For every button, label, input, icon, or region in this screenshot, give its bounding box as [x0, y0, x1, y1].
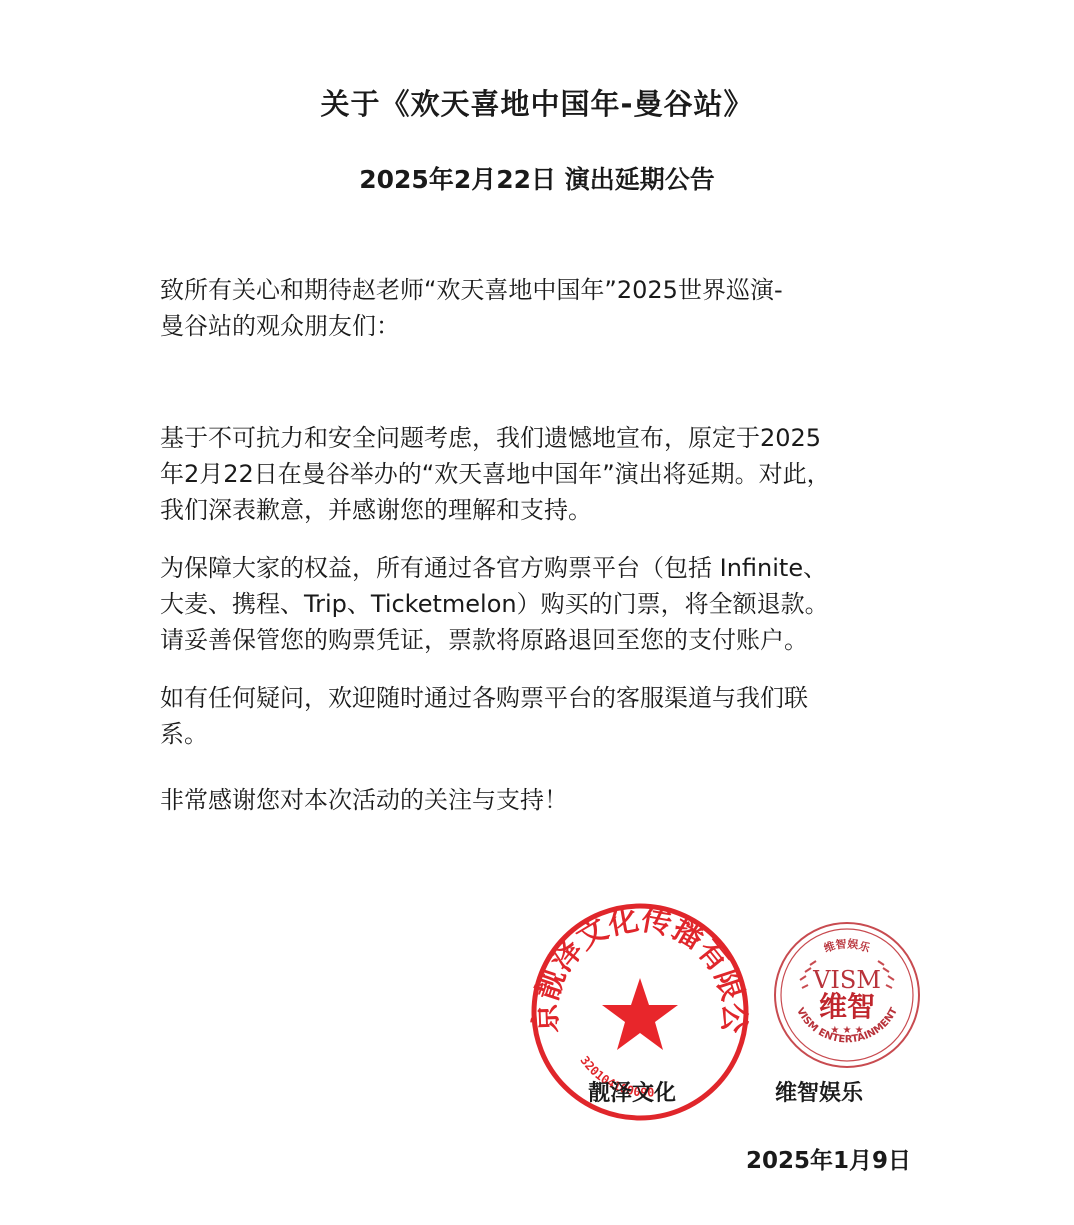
text-line: 如有任何疑问，欢迎随时通过各购票平台的客服渠道与我们联 [160, 680, 920, 716]
refund-paragraph: 为保障大家的权益，所有通过各官方购票平台（包括 Infinite、 大麦、携程、… [160, 550, 920, 658]
text-line: 我们深表歉意，并感谢您的理解和支持。 [160, 492, 920, 528]
contact-paragraph: 如有任何疑问，欢迎随时通过各购票平台的客服渠道与我们联 系。 [160, 680, 920, 752]
text-line: 致所有关心和期待赵老师“欢天喜地中国年”2025世界巡演- [160, 272, 920, 308]
issue-date: 2025年1月9日 [746, 1142, 911, 1175]
text-line: 系。 [160, 716, 920, 752]
seal-name: 维智 [819, 990, 875, 1023]
text-line: 曼谷站的观众朋友们： [160, 308, 920, 344]
text-line: 基于不可抗力和安全问题考虑，我们遗憾地宣布，原定于2025 [160, 420, 920, 456]
signature-label-right: 维智娱乐 [775, 1076, 863, 1107]
text-line: 大麦、携程、Trip、Ticketmelon）购买的门票，将全额退款。 [160, 586, 920, 622]
svg-text:维智娱乐: 维智娱乐 [822, 936, 873, 955]
thanks-paragraph: 非常感谢您对本次活动的关注与支持！ [160, 782, 920, 818]
notice-title: 关于《欢天喜地中国年-曼谷站》 [0, 82, 1074, 123]
text-line: 为保障大家的权益，所有通过各官方购票平台（包括 Infinite、 [160, 550, 920, 586]
text-line: 年2月22日在曼谷举办的“欢天喜地中国年”演出将延期。对此， [160, 456, 920, 492]
text-line: 非常感谢您对本次活动的关注与支持！ [160, 782, 920, 818]
greeting-paragraph: 致所有关心和期待赵老师“欢天喜地中国年”2025世界巡演- 曼谷站的观众朋友们： [160, 272, 920, 344]
postponement-paragraph: 基于不可抗力和安全问题考虑，我们遗憾地宣布，原定于2025 年2月22日在曼谷举… [160, 420, 920, 528]
notice-subtitle: 2025年2月22日 演出延期公告 [0, 160, 1074, 196]
star-icon [602, 978, 678, 1050]
signature-label-left: 靓泽文化 [588, 1076, 676, 1107]
text-line: 请妥善保管您的购票凭证，票款将原路退回至您的支付账户。 [160, 622, 920, 658]
vism-seal-icon: 维智娱乐 VISM 维智 ★ ★ ★ VISM ENTERTAINMENT [772, 920, 922, 1070]
seal-top-text: 维智娱乐 [822, 936, 873, 955]
